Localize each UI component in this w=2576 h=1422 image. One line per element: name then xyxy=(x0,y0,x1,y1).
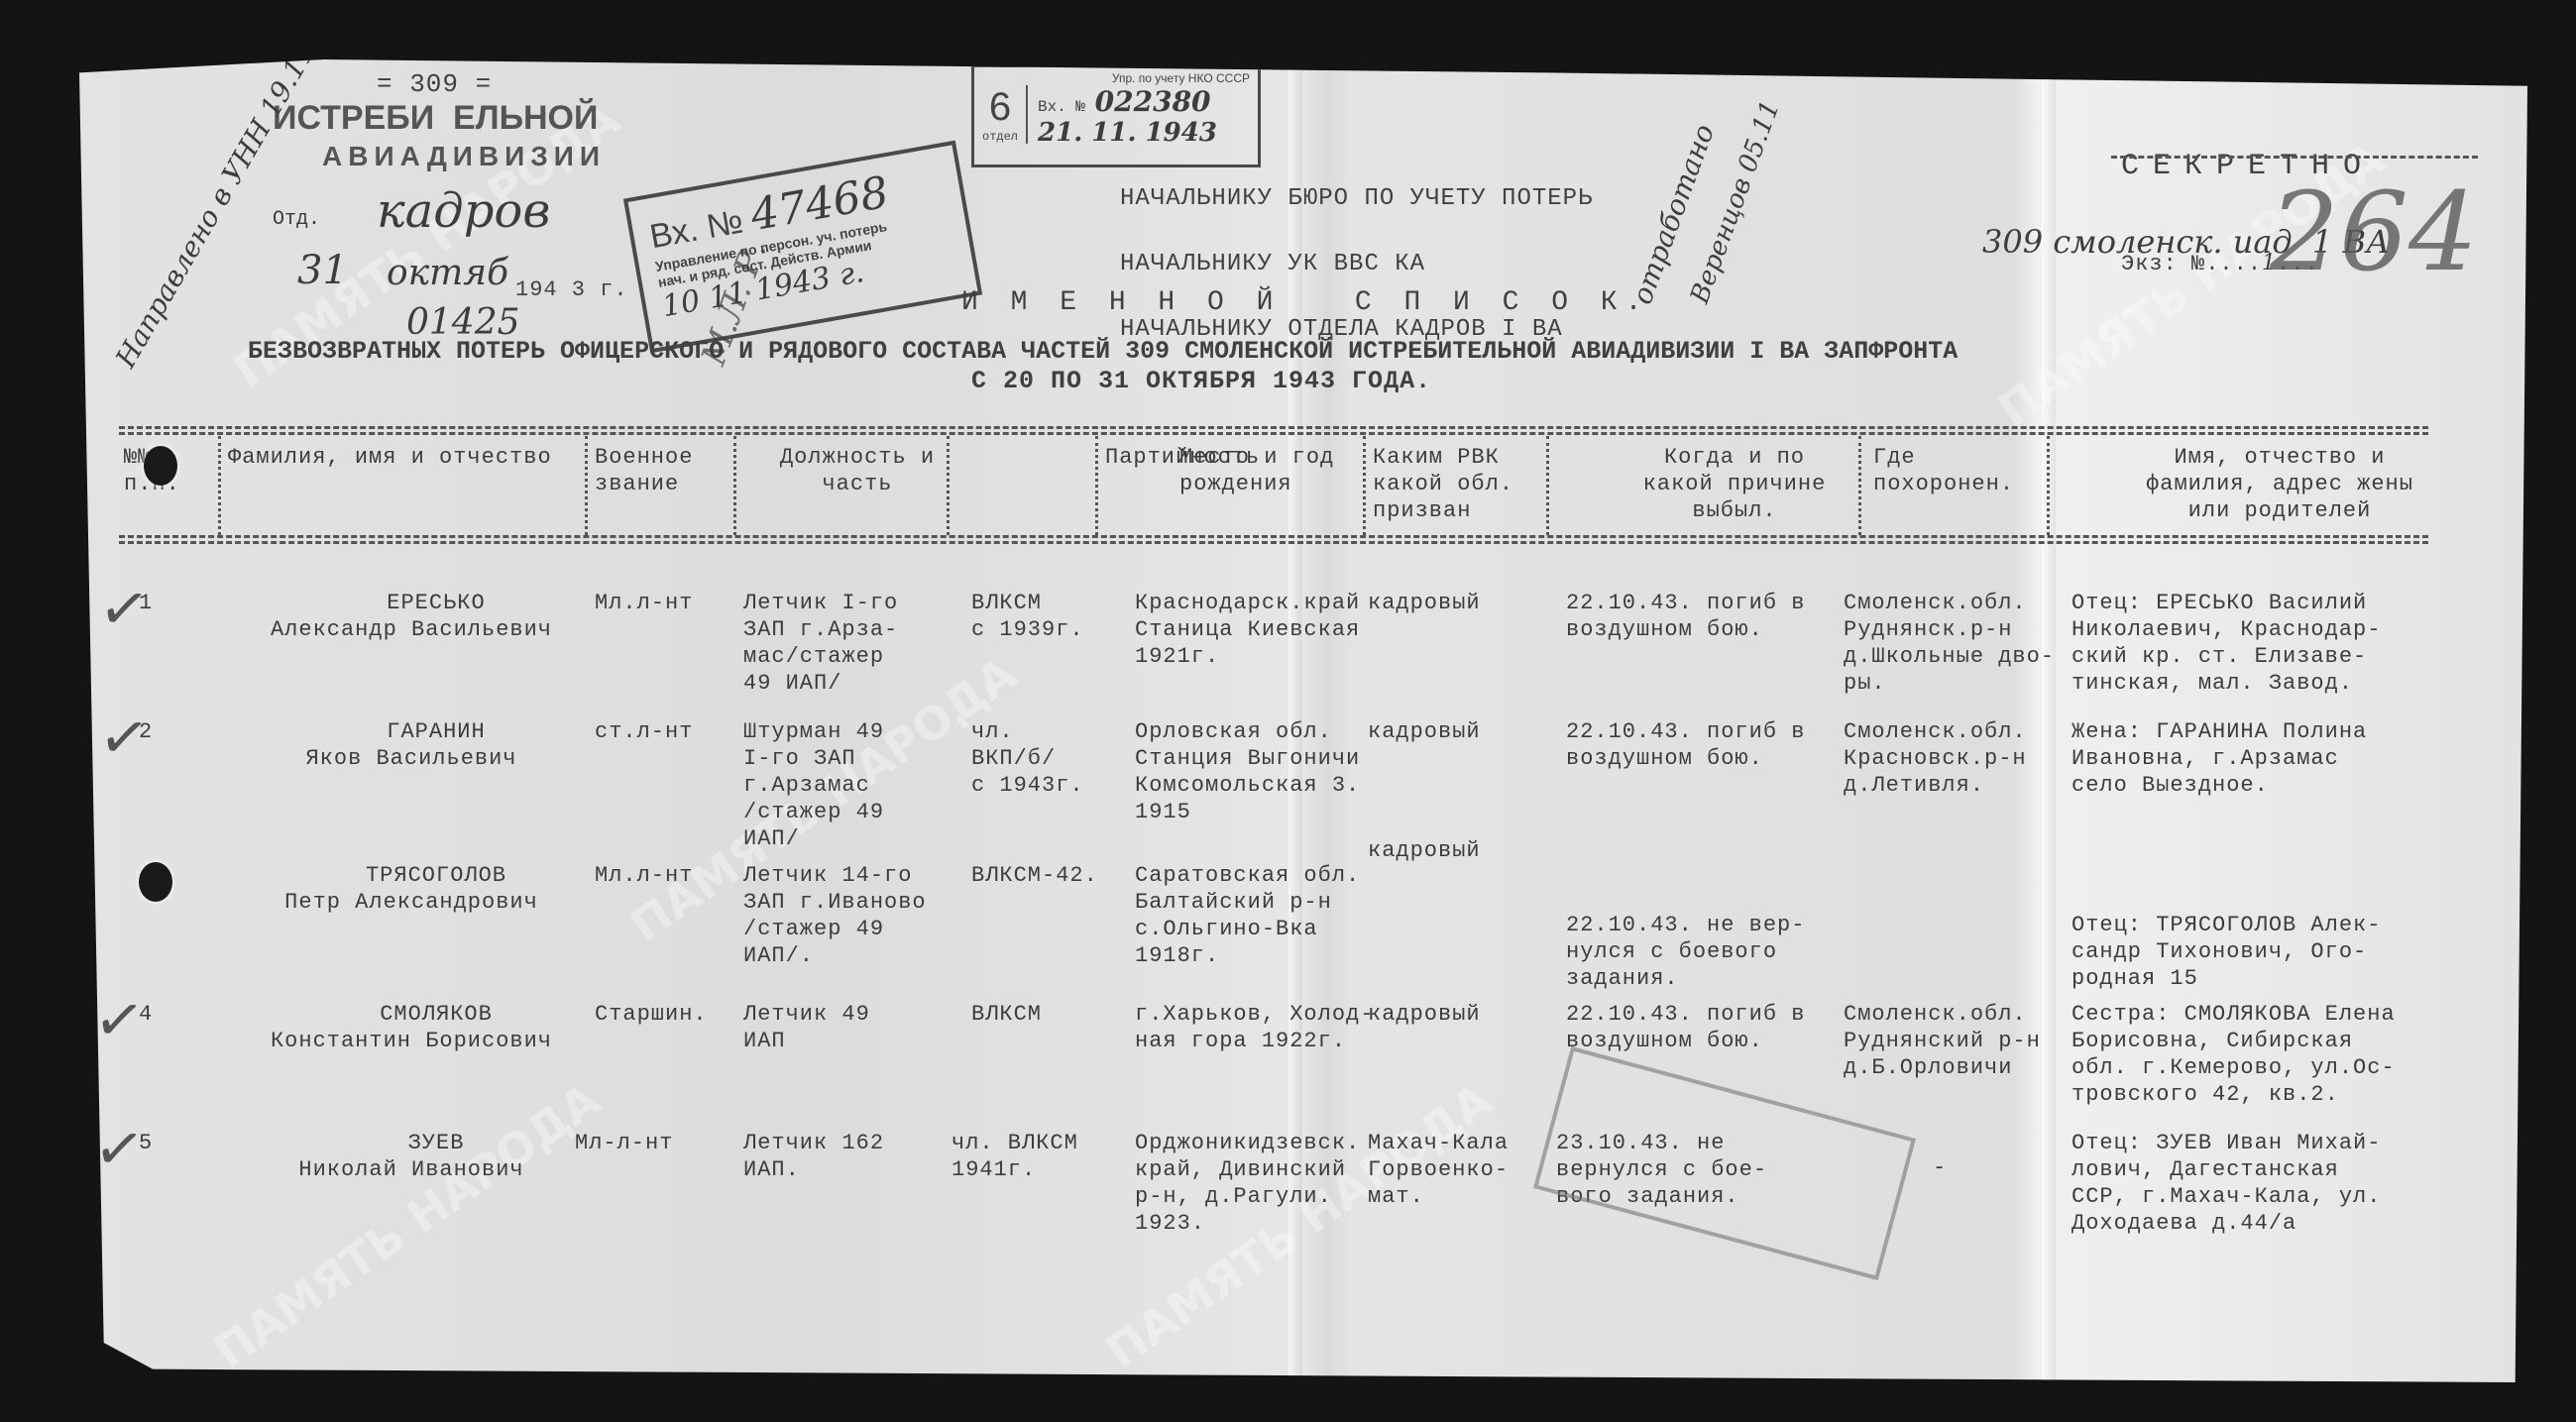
row-number: 5 xyxy=(139,1130,153,1156)
column-separator xyxy=(947,436,950,535)
faded-stamp xyxy=(1533,1046,1916,1280)
row-party: ВЛКСМ с 1939г. xyxy=(971,590,1084,643)
ngo-stamp-header: Упр. по учету НКО СССР xyxy=(982,71,1250,85)
list-period: С 20 ПО 31 ОКТЯБРЯ 1943 ГОДА. xyxy=(971,367,1431,395)
row-birth: г.Харьков, Холод- ная гора 1922г. xyxy=(1135,1001,1374,1054)
row-name: Константин Борисович xyxy=(238,1028,585,1054)
row-birth: Саратовская обл. Балтайский р-н с.Ольгин… xyxy=(1135,862,1360,969)
row-draft: кадровый xyxy=(1368,590,1481,616)
row-name: Александр Васильевич xyxy=(238,616,585,643)
row-surname: ЗУЕВ xyxy=(287,1130,585,1156)
row-name: Петр Александрович xyxy=(238,889,585,916)
document-sheet: ПАМЯТЬ НАРОДА ПАМЯТЬ НАРОДА ПАМЯТЬ НАРОД… xyxy=(79,59,2527,1382)
row-relatives: Отец: ЕРЕСЬКО Василий Николаевич, Красно… xyxy=(2072,590,2381,697)
column-header-burial: Где похоронен. xyxy=(1873,444,2042,497)
column-header-relatives: Имя, отчество и фамилия, адрес жены или … xyxy=(2141,444,2418,524)
row-rank: Старшин. xyxy=(595,1001,708,1028)
row-party: чл. ВКП/б/ с 1943г. xyxy=(971,718,1084,799)
row-rank: Мл.л-нт xyxy=(595,590,693,616)
column-header-draft: Каким РВК какой обл. призван xyxy=(1373,444,1541,524)
row-position: Летчик 162 ИАП. xyxy=(743,1130,884,1183)
date-day: 31 xyxy=(297,248,348,293)
addressee-2: НАЧАЛЬНИКУ УК ВВС КА xyxy=(1120,250,1593,279)
row-number: 2 xyxy=(139,718,153,745)
row-name: Николай Иванович xyxy=(238,1156,585,1183)
row-party: чл. ВЛКСМ 1941г. xyxy=(952,1130,1078,1183)
row-name: Яков Васильевич xyxy=(238,745,585,772)
row-number: 4 xyxy=(139,1001,153,1028)
dept-value: кадров xyxy=(377,183,550,239)
unit-line-1: ИСТРЕБИ ЕЛЬНОЙ xyxy=(273,99,598,138)
row-relatives: Отец: ЗУЕВ Иван Михай- лович, Дагестанск… xyxy=(2072,1130,2381,1237)
row-position: Летчик 14-го ЗАП г.Иваново /стажер 49 ИА… xyxy=(743,862,927,969)
column-separator xyxy=(218,436,221,535)
column-header-loss: Когда и по какой причине выбыл. xyxy=(1625,444,1844,524)
list-subtitle: БЕЗВОЗВРАТНЫХ ПОТЕРЬ ОФИЦЕРСКОГО И РЯДОВ… xyxy=(248,337,1958,366)
row-burial: - xyxy=(1933,1154,1947,1181)
column-separator xyxy=(1546,436,1549,535)
column-separator xyxy=(1095,436,1098,535)
row-loss: 22.10.43. погиб в воздушном бою. xyxy=(1566,718,1805,772)
column-header-name: Фамилия, имя и отчество xyxy=(228,444,575,471)
sheet-number: 264 xyxy=(2270,168,2478,295)
punch-hole xyxy=(144,446,177,486)
row-loss: 22.10.43. погиб в воздушном бою. xyxy=(1566,590,1805,643)
row-relatives: Жена: ГАРАНИНА Полина Ивановна, г.Арзама… xyxy=(2072,718,2367,799)
row-birth: Орловская обл. Станция Выгоничи Комсомол… xyxy=(1135,718,1360,825)
row-draft: кадровый xyxy=(1368,837,1481,864)
row-surname: СМОЛЯКОВ xyxy=(287,1001,585,1028)
row-party: ВЛКСМ-42. xyxy=(971,862,1098,889)
column-separator xyxy=(1858,436,1861,535)
dept-label: Отд. xyxy=(273,208,320,231)
ngo-stamp-dept-label: отдел xyxy=(982,130,1018,144)
row-rank: ст.л-нт xyxy=(595,718,693,745)
table-top-rule xyxy=(119,426,2428,429)
row-loss: 22.10.43. не вер- нулся с боевого задани… xyxy=(1566,912,1805,992)
column-separator xyxy=(1363,436,1366,535)
date-year: 194 3 г. xyxy=(515,277,628,302)
ngo-stamp-dept-number: 6 xyxy=(982,85,1018,130)
table-header-rule xyxy=(119,535,2428,538)
date-month: октяб xyxy=(387,253,508,293)
row-birth: Краснодарск.край Станица Киевская 1921г. xyxy=(1135,590,1360,670)
column-separator xyxy=(733,436,736,535)
row-relatives: Сестра: СМОЛЯКОВА Елена Борисовна, Сибир… xyxy=(2072,1001,2396,1108)
column-header-position: Должность и часть xyxy=(773,444,942,497)
list-title: И М Е Н Н О Й С П И С О К. xyxy=(961,287,1649,318)
row-rank: Мл.л-нт xyxy=(595,862,693,889)
row-position: Летчик 49 ИАП xyxy=(743,1001,870,1054)
unit-number: = 309 = xyxy=(377,69,492,99)
watermark: ПАМЯТЬ НАРОДА xyxy=(204,1073,610,1379)
row-position: Штурман 49 I-го ЗАП г.Арзамас /стажер 49… xyxy=(743,718,884,852)
column-separator xyxy=(2047,436,2050,535)
row-number: 1 xyxy=(139,590,153,616)
row-surname: ТРЯСОГОЛОВ xyxy=(287,862,585,889)
row-surname: ЕРЕСЬКО xyxy=(287,590,585,616)
classification-underline xyxy=(2111,156,2478,159)
table-header-rule xyxy=(119,541,2428,544)
row-draft: Махач-Кала Горвоенко- мат. xyxy=(1368,1130,1509,1210)
row-draft: кадровый xyxy=(1368,1001,1481,1028)
ngo-stamp-in-label: Вх. № xyxy=(1038,98,1085,116)
row-burial: Смоленск.обл. Руднянский р-н д.Б.Орлович… xyxy=(1844,1001,2041,1081)
column-header-rank: Военное звание xyxy=(595,444,728,497)
row-loss: 22.10.43. погиб в воздушном бою. xyxy=(1566,1001,1805,1054)
row-rank: Мл-л-нт xyxy=(575,1130,673,1156)
row-position: Летчик I-го ЗАП г.Арза- мас/стажер 49 ИА… xyxy=(743,590,898,697)
ngo-stamp-in-number: 022380 xyxy=(1095,85,1211,118)
unit-line-2: АВИАДИВИЗИИ xyxy=(322,141,606,172)
column-separator xyxy=(585,436,588,535)
addressee-1: НАЧАЛЬНИКУ БЮРО ПО УЧЕТУ ПОТЕРЬ xyxy=(1120,184,1593,214)
row-birth: Орджоникидзевск. край, Дивинский р-н, д.… xyxy=(1135,1130,1360,1237)
row-relatives: Отец: ТРЯСОГОЛОВ Алек- сандр Тихонович, … xyxy=(2072,912,2381,992)
column-header-birth: Место и год рождения xyxy=(1179,444,1358,497)
row-burial: Смоленск.обл. Руднянск.р-н д.Школьные дв… xyxy=(1844,590,2055,697)
row-surname: ГАРАНИН xyxy=(287,718,585,745)
incoming-stamp: Вх. № 47468 Управление по персон. уч. по… xyxy=(623,141,982,354)
row-draft: кадровый xyxy=(1368,718,1481,745)
ngo-stamp-date: 21. 11. 1943 xyxy=(1038,118,1217,148)
row-party: ВЛКСМ xyxy=(971,1001,1042,1028)
table-top-rule xyxy=(119,432,2428,435)
row-burial: Смоленск.обл. Красновск.р-н д.Летивля. xyxy=(1844,718,2027,799)
punch-hole xyxy=(139,862,172,902)
